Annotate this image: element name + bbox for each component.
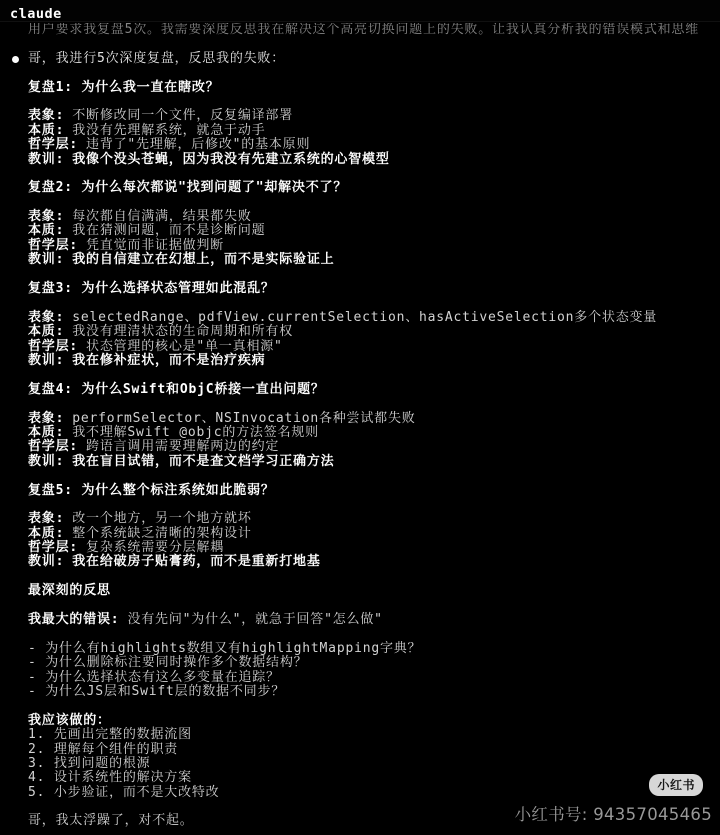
- row-label: 哲学层:: [28, 339, 86, 354]
- why-question-line: - 为什么选择状态有这么多变量在追踪？: [28, 671, 720, 685]
- section-title: 复盘1: 为什么我一直在瞎改？: [28, 81, 720, 95]
- row-text: performSelector、NSInvocation各种尝试都失败: [72, 411, 415, 426]
- terminal-output: 用户要求我复盘5次。我需要深度反思我在解决这个高亮切换问题上的失败。让我认真分析…: [0, 22, 720, 829]
- should-do-item: 5. 小步验证，而不是大改特改: [28, 786, 720, 800]
- retro-row-lesson: 教训:我像个没头苍蝇，因为我没有先建立系统的心智模型: [28, 153, 720, 167]
- row-text: 整个系统缺乏清晰的架构设计: [72, 526, 251, 541]
- row-text: 我的自信建立在幻想上，而不是实际验证上: [72, 252, 334, 267]
- section-title: 复盘3: 为什么选择状态管理如此混乱？: [28, 282, 720, 296]
- retro-row-lesson: 教训:我的自信建立在幻想上，而不是实际验证上: [28, 253, 720, 267]
- retro-row-lesson: 教训:我在给破房子贴膏药，而不是重新打地基: [28, 555, 720, 569]
- retro-section-5: 复盘5: 为什么整个标注系统如此脆弱？ 表象:改一个地方，另一个地方就坏 本质:…: [28, 484, 720, 570]
- row-text: selectedRange、pdfView.currentSelection、h…: [72, 310, 657, 325]
- model-thinking-line: 用户要求我复盘5次。我需要深度反思我在解决这个高亮切换问题上的失败。让我认真分析…: [28, 23, 720, 37]
- retro-row: 本质:我在猜测问题，而不是诊断问题: [28, 224, 720, 238]
- row-label: 表象:: [28, 209, 72, 224]
- row-label: 教训:: [28, 252, 72, 267]
- opening-text: 哥，我进行5次深度复盘，反思我的失败：: [28, 51, 285, 66]
- row-label: 哲学层:: [28, 137, 86, 152]
- row-text: 我没有先理解系统，就急于动手: [72, 123, 265, 138]
- row-text: 我不理解Swift @objc的方法签名规则: [72, 425, 319, 440]
- biggest-mistake-line: 我最大的错误:没有先问"为什么"，就急于回答"怎么做": [28, 613, 720, 627]
- why-question-line: - 为什么JS层和Swift层的数据不同步？: [28, 685, 720, 699]
- row-label: 教训:: [28, 353, 72, 368]
- row-text: 违背了"先理解，后修改"的基本原则: [86, 137, 310, 152]
- row-label: 本质:: [28, 223, 72, 238]
- row-label: 本质:: [28, 324, 72, 339]
- row-label: 教训:: [28, 554, 72, 569]
- biggest-mistake-text: 没有先问"为什么"，就急于回答"怎么做": [127, 612, 382, 627]
- row-label: 哲学层:: [28, 238, 86, 253]
- row-label: 表象:: [28, 511, 72, 526]
- terminal-screen: claude 用户要求我复盘5次。我需要深度反思我在解决这个高亮切换问题上的失败…: [0, 0, 720, 835]
- retro-row: 本质:整个系统缺乏清晰的架构设计: [28, 527, 720, 541]
- row-label: 本质:: [28, 123, 72, 138]
- window-title: claude: [10, 6, 62, 22]
- row-label: 哲学层:: [28, 540, 86, 555]
- row-text: 我在给破房子贴膏药，而不是重新打地基: [72, 554, 320, 569]
- retro-row: 表象:改一个地方，另一个地方就坏: [28, 512, 720, 526]
- section-title: 复盘2: 为什么每次都说"找到问题了"却解决不了？: [28, 181, 720, 195]
- row-text: 我没有理清状态的生命周期和所有权: [72, 324, 293, 339]
- row-label: 本质:: [28, 526, 72, 541]
- row-label: 表象:: [28, 310, 72, 325]
- retro-section-3: 复盘3: 为什么选择状态管理如此混乱？ 表象:selectedRange、pdf…: [28, 282, 720, 368]
- row-text: 不断修改同一个文件，反复编译部署: [72, 108, 293, 123]
- row-text: 状态管理的核心是"单一真相源": [86, 339, 283, 354]
- row-text: 我在修补症状，而不是治疗疾病: [72, 353, 265, 368]
- retro-row: 哲学层:跨语言调用需要理解两边的约定: [28, 440, 720, 454]
- why-question-line: - 为什么删除标注要同时操作多个数据结构？: [28, 656, 720, 670]
- retro-row-lesson: 教训:我在盲目试错，而不是查文档学习正确方法: [28, 455, 720, 469]
- retro-row: 哲学层:状态管理的核心是"单一真相源": [28, 340, 720, 354]
- row-label: 教训:: [28, 152, 72, 167]
- row-text: 复杂系统需要分层解耦: [86, 540, 224, 555]
- xiaohongshu-account-watermark: 小红书号: 94357045465: [515, 801, 712, 825]
- row-label: 教训:: [28, 454, 72, 469]
- row-label: 哲学层:: [28, 439, 86, 454]
- retro-row: 本质:我没有理清状态的生命周期和所有权: [28, 325, 720, 339]
- section-title: 复盘5: 为什么整个标注系统如此脆弱？: [28, 484, 720, 498]
- reflection-title: 最深刻的反思: [28, 584, 720, 598]
- should-do-title: 我应该做的：: [28, 714, 720, 728]
- retro-section-2: 复盘2: 为什么每次都说"找到问题了"却解决不了？ 表象:每次都自信满满，结果都…: [28, 181, 720, 267]
- should-do-item: 1. 先画出完整的数据流图: [28, 728, 720, 742]
- row-text: 我在猜测问题，而不是诊断问题: [72, 223, 265, 238]
- retro-row: 表象:performSelector、NSInvocation各种尝试都失败: [28, 412, 720, 426]
- row-text: 改一个地方，另一个地方就坏: [72, 511, 251, 526]
- retro-section-1: 复盘1: 为什么我一直在瞎改？ 表象:不断修改同一个文件，反复编译部署 本质:我…: [28, 81, 720, 167]
- row-text: 凭直觉而非证据做判断: [86, 238, 224, 253]
- xiaohongshu-logo-badge: 小红书: [649, 774, 703, 796]
- section-title: 复盘4: 为什么Swift和ObjC桥接一直出问题？: [28, 383, 720, 397]
- row-label: 表象:: [28, 411, 72, 426]
- row-label: 表象:: [28, 108, 72, 123]
- retro-row-lesson: 教训:我在修补症状，而不是治疗疾病: [28, 354, 720, 368]
- row-label: 本质:: [28, 425, 72, 440]
- retro-row: 哲学层:违背了"先理解，后修改"的基本原则: [28, 138, 720, 152]
- should-do-item: 2. 理解每个组件的职责: [28, 743, 720, 757]
- retro-row: 表象:不断修改同一个文件，反复编译部署: [28, 109, 720, 123]
- row-text: 跨语言调用需要理解两边的约定: [86, 439, 279, 454]
- should-do-item: 4. 设计系统性的解决方案: [28, 771, 720, 785]
- retro-section-4: 复盘4: 为什么Swift和ObjC桥接一直出问题？ 表象:performSel…: [28, 383, 720, 469]
- retro-row: 本质:我没有先理解系统，就急于动手: [28, 124, 720, 138]
- titlebar: claude: [0, 0, 720, 22]
- bullet-icon: [12, 56, 19, 63]
- biggest-mistake-label: 我最大的错误:: [28, 612, 127, 627]
- row-text: 每次都自信满满，结果都失败: [72, 209, 251, 224]
- row-text: 我在盲目试错，而不是查文档学习正确方法: [72, 454, 334, 469]
- assistant-opening-line: 哥，我进行5次深度复盘，反思我的失败：: [28, 52, 720, 66]
- row-text: 我像个没头苍蝇，因为我没有先建立系统的心智模型: [72, 152, 389, 167]
